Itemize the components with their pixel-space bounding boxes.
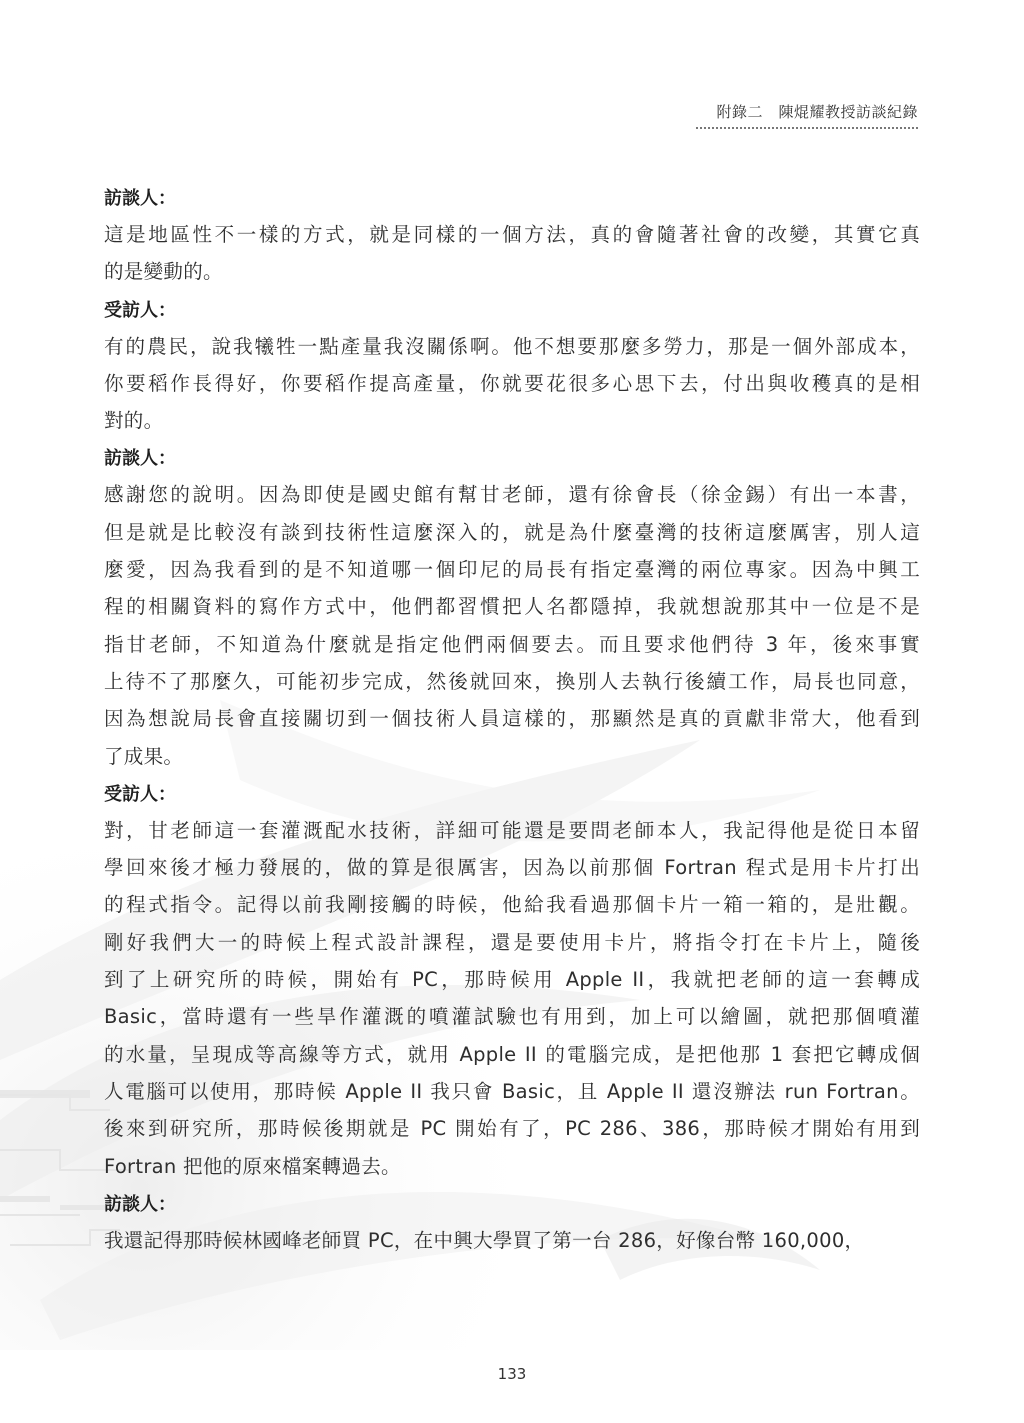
dialogue-text: 有的農民，說我犧牲一點產量我沒關係啊。他不想要那麼多勞力，那是一個外部成本， 你…	[104, 328, 920, 440]
text-line: 後來到研究所，那時候後期就是 PC 開始有了，PC 286、386，那時候才開始…	[104, 1110, 920, 1147]
dialogue-text: 我還記得那時候林國峰老師買 PC，在中興大學買了第一台 286，好像台幣 160…	[104, 1222, 920, 1259]
interview-transcript: 訪談人： 這是地區性不一樣的方式，就是同樣的一個方法，真的會隨著社會的改變，其實…	[104, 182, 920, 1262]
text-line: 麼愛，因為我看到的是不知道哪一個印尼的局長有指定臺灣的兩位專家。因為中興工	[104, 551, 920, 588]
text-line: 程的相關資料的寫作方式中，他們都習慣把人名都隱掉，我就想說那其中一位是不是	[104, 588, 920, 625]
text-line: Basic，當時還有一些旱作灌溉的噴灌試驗也有用到，加上可以繪圖，就把那個噴灌	[104, 998, 920, 1035]
text-line: 剛好我們大一的時候上程式設計課程，還是要使用卡片，將指令打在卡片上，隨後	[104, 924, 920, 961]
speaker-label-interviewer: 訪談人：	[104, 1188, 920, 1222]
dialogue-text: 這是地區性不一樣的方式，就是同樣的一個方法，真的會隨著社會的改變，其實它真 的是…	[104, 216, 920, 291]
speaker-label-interviewer: 訪談人：	[104, 182, 920, 216]
text-line: 上待不了那麼久，可能初步完成，然後就回來，換別人去執行後續工作，局長也同意，	[104, 663, 920, 700]
text-line: 學回來後才極力發展的，做的算是很厲害，因為以前那個 Fortran 程式是用卡片…	[104, 849, 920, 886]
text-line: 人電腦可以使用，那時候 Apple II 我只會 Basic，且 Apple I…	[104, 1073, 920, 1110]
text-line: 因為想說局長會直接關切到一個技術人員這樣的，那顯然是真的貢獻非常大，他看到	[104, 700, 920, 737]
text-line: 的程式指令。記得以前我剛接觸的時候，他給我看過那個卡片一箱一箱的，是壯觀。	[104, 886, 920, 923]
text-line: 指甘老師，不知道為什麼就是指定他們兩個要去。而且要求他們待 3 年，後來事實	[104, 626, 920, 663]
text-line: 這是地區性不一樣的方式，就是同樣的一個方法，真的會隨著社會的改變，其實它真	[104, 216, 920, 253]
speaker-label-interviewer: 訪談人：	[104, 442, 920, 476]
dialogue-block: 訪談人： 我還記得那時候林國峰老師買 PC，在中興大學買了第一台 286，好像台…	[104, 1188, 920, 1259]
running-header-title: 附錄二 陳焜耀教授訪談紀錄	[696, 101, 918, 127]
dialogue-text: 感謝您的說明。因為即使是國史館有幫甘老師，還有徐會長（徐金錫）有出一本書， 但是…	[104, 476, 920, 774]
running-header: 附錄二 陳焜耀教授訪談紀錄	[696, 101, 918, 129]
dialogue-block: 受訪人： 有的農民，說我犧牲一點產量我沒關係啊。他不想要那麼多勞力，那是一個外部…	[104, 294, 920, 440]
text-line: 的是變動的。	[104, 253, 920, 290]
dotted-rule	[696, 127, 918, 129]
text-line: Fortran 把他的原來檔案轉過去。	[104, 1148, 920, 1185]
text-line: 我還記得那時候林國峰老師買 PC，在中興大學買了第一台 286，好像台幣 160…	[104, 1222, 920, 1259]
text-line: 對，甘老師這一套灌溉配水技術，詳細可能還是要問老師本人，我記得他是從日本留	[104, 812, 920, 849]
page-number: 133	[0, 1365, 1024, 1383]
dialogue-block: 訪談人： 感謝您的說明。因為即使是國史館有幫甘老師，還有徐會長（徐金錫）有出一本…	[104, 442, 920, 774]
text-line: 你要稻作長得好，你要稻作提高產量，你就要花很多心思下去，付出與收穫真的是相	[104, 365, 920, 402]
text-line: 感謝您的說明。因為即使是國史館有幫甘老師，還有徐會長（徐金錫）有出一本書，	[104, 476, 920, 513]
dialogue-text: 對，甘老師這一套灌溉配水技術，詳細可能還是要問老師本人，我記得他是從日本留 學回…	[104, 812, 920, 1185]
dialogue-block: 受訪人： 對，甘老師這一套灌溉配水技術，詳細可能還是要問老師本人，我記得他是從日…	[104, 778, 920, 1185]
text-line: 了成果。	[104, 738, 920, 775]
text-line: 到了上研究所的時候，開始有 PC，那時候用 Apple II，我就把老師的這一套…	[104, 961, 920, 998]
text-line: 有的農民，說我犧牲一點產量我沒關係啊。他不想要那麼多勞力，那是一個外部成本，	[104, 328, 920, 365]
text-line: 對的。	[104, 402, 920, 439]
speaker-label-interviewee: 受訪人：	[104, 294, 920, 328]
text-line: 但是就是比較沒有談到技術性這麼深入的，就是為什麼臺灣的技術這麼厲害，別人這	[104, 514, 920, 551]
speaker-label-interviewee: 受訪人：	[104, 778, 920, 812]
text-line: 的水量，呈現成等高線等方式，就用 Apple II 的電腦完成，是把他那 1 套…	[104, 1036, 920, 1073]
dialogue-block: 訪談人： 這是地區性不一樣的方式，就是同樣的一個方法，真的會隨著社會的改變，其實…	[104, 182, 920, 291]
